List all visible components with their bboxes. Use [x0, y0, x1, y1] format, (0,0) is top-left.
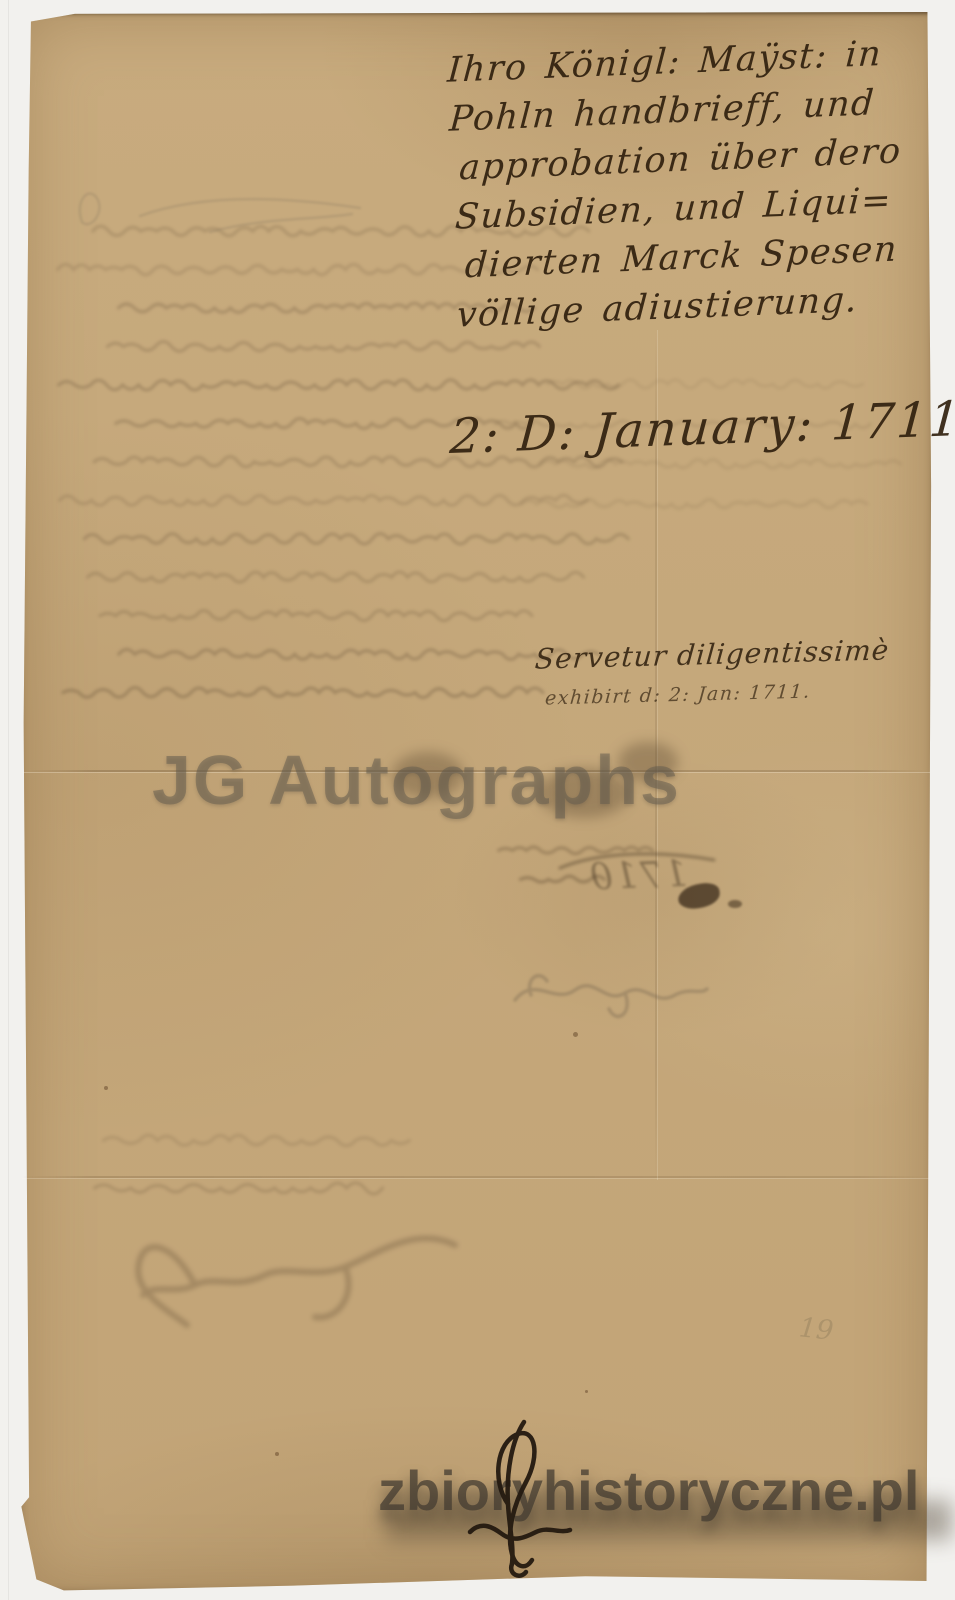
- bleedthrough-underline: [558, 848, 718, 872]
- ink-paraph: [462, 1412, 582, 1582]
- foxing-speck: [585, 1390, 588, 1393]
- docket-text: Ihro Königl: Maÿst: in Pohln handbrieff,…: [447, 29, 909, 340]
- pencil-number: 19: [797, 1312, 834, 1346]
- foxing-speck: [573, 1032, 578, 1037]
- watermark-zbioryhistoryczne: zbioryhistoryczne.pl: [378, 1458, 919, 1523]
- scan-background: 1710 Ihro Königl: Ma: [0, 0, 955, 1600]
- bleedthrough-signature: [115, 1205, 475, 1335]
- watermark-jg-autographs: JG Autographs: [152, 740, 681, 820]
- bleedthrough-word: [505, 945, 715, 1020]
- ink-blot: [728, 900, 742, 908]
- foxing-speck: [275, 1452, 279, 1456]
- foxing-speck: [104, 1086, 108, 1090]
- pencil-scribble: [60, 170, 400, 245]
- scanner-edge-line: [8, 0, 9, 1600]
- bleedthrough-text: [62, 1112, 452, 1207]
